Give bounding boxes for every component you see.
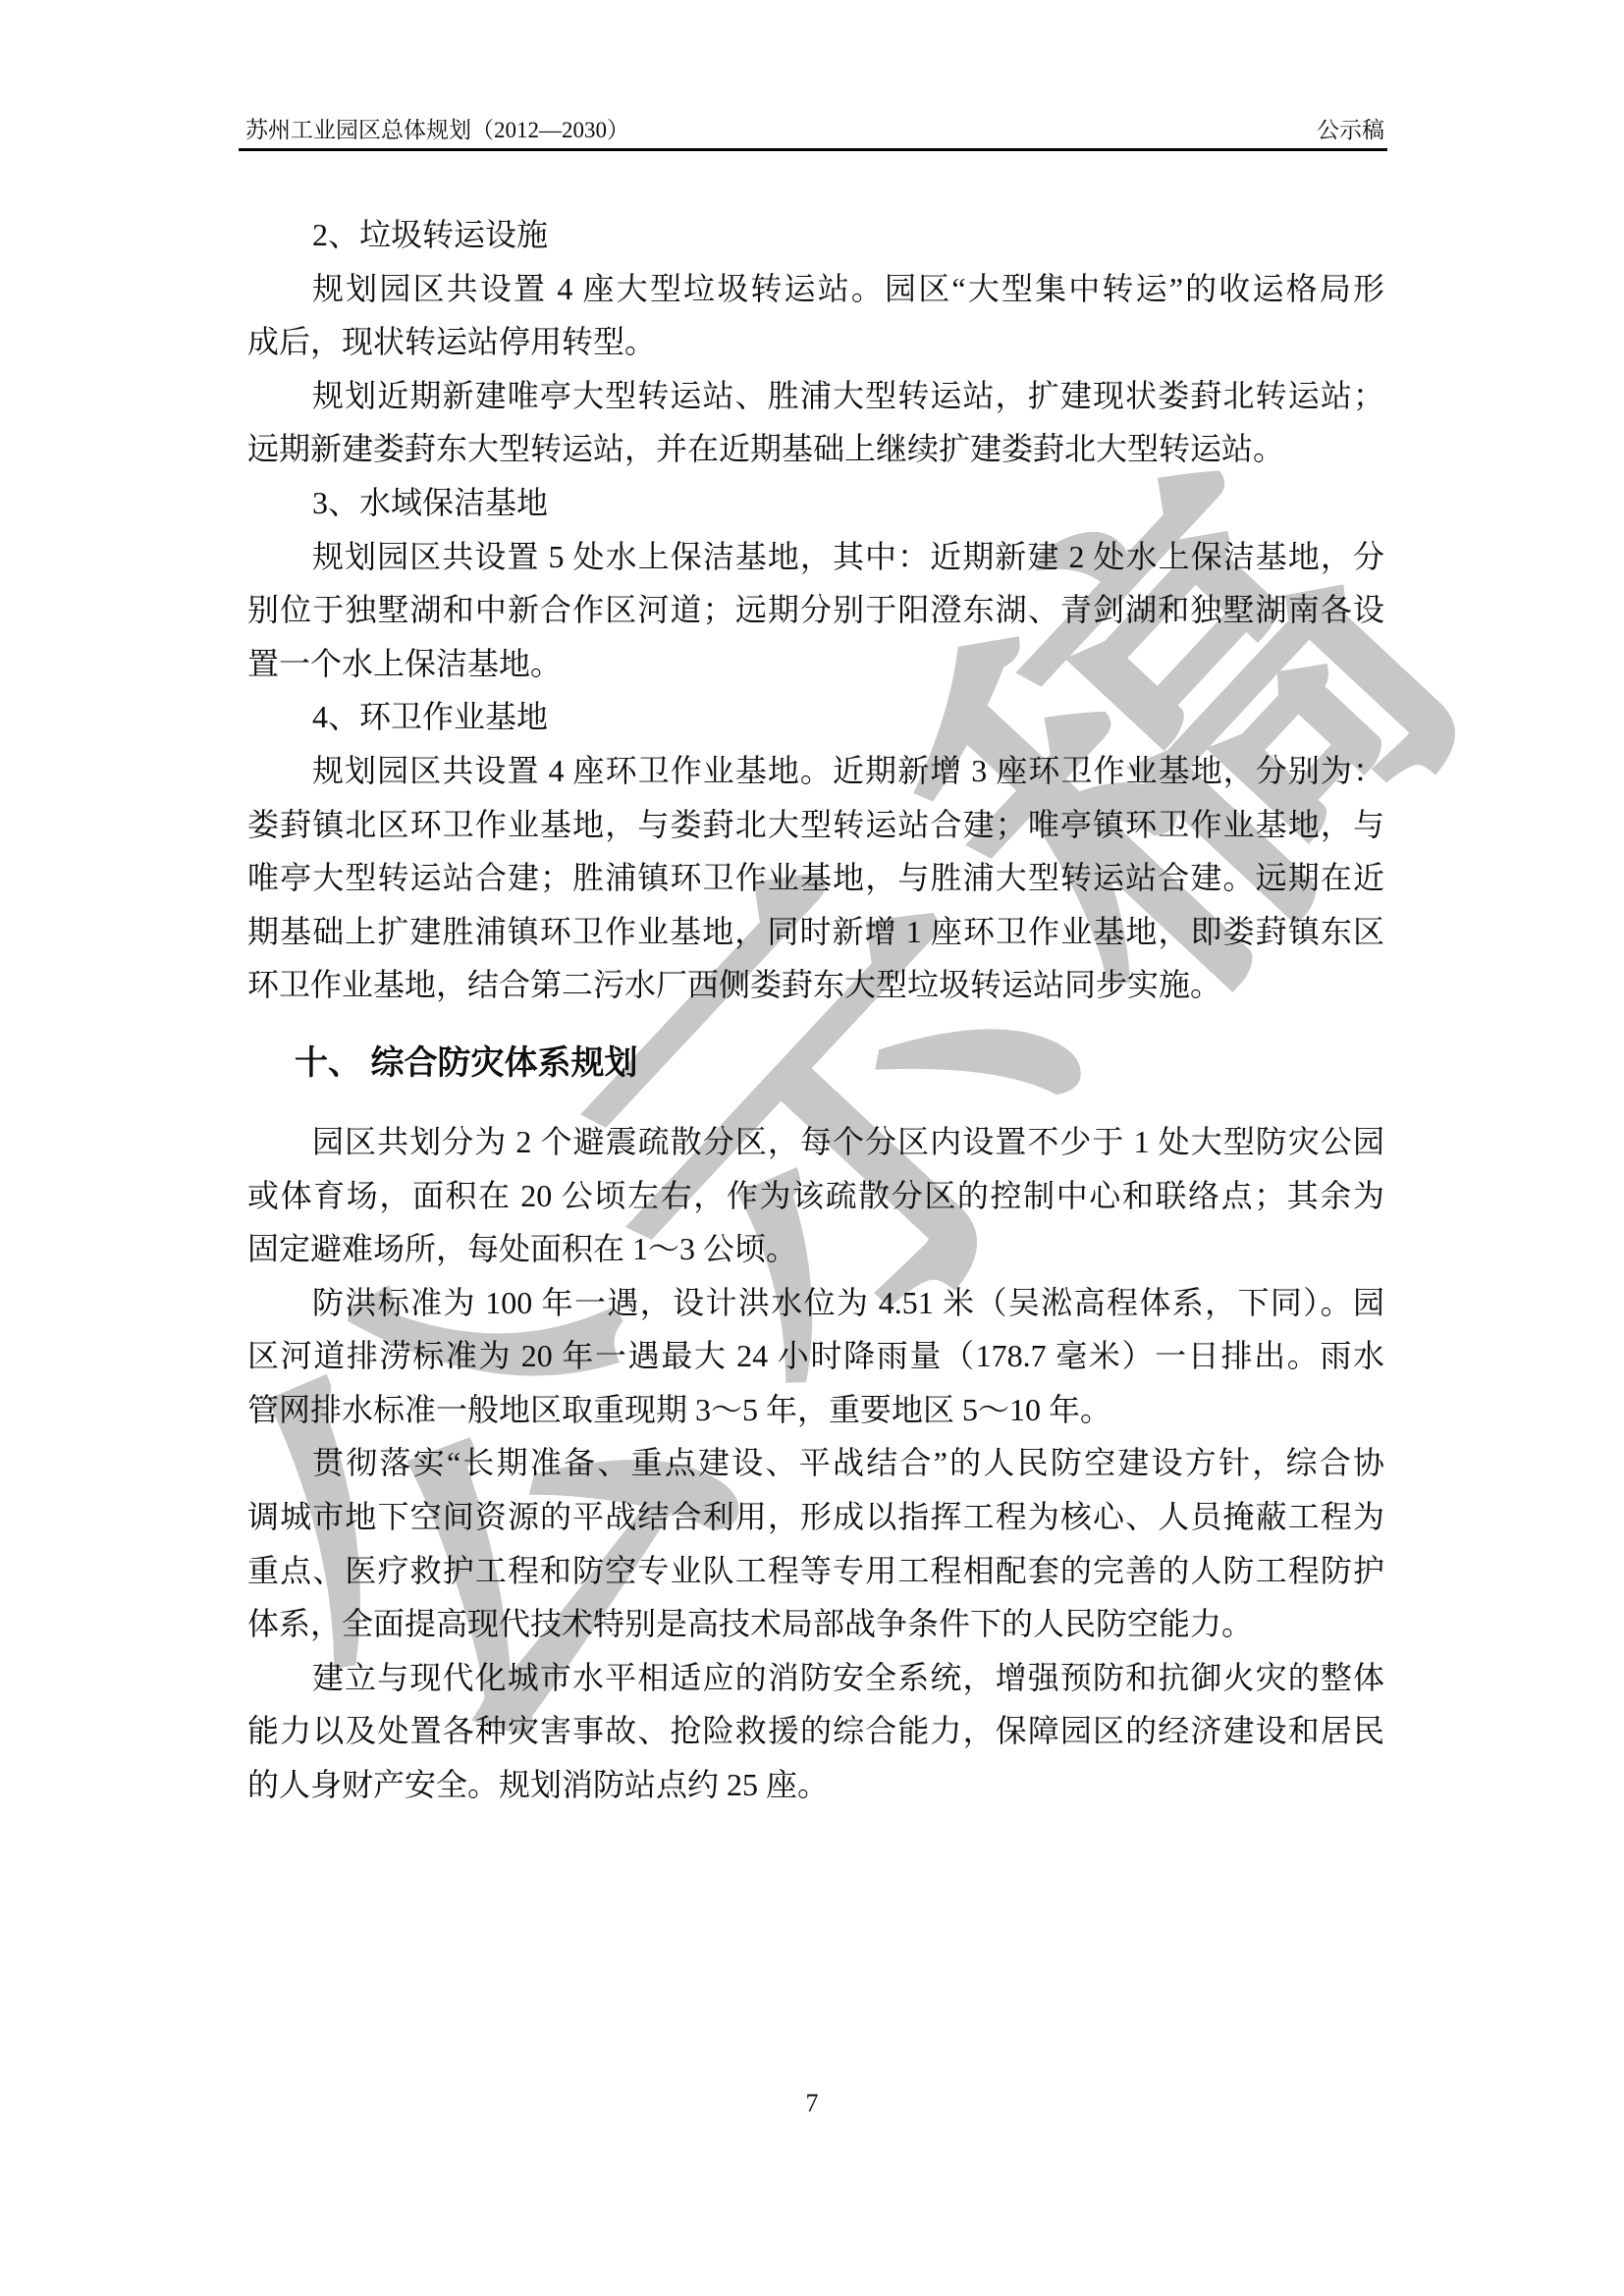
body-line: 能力以及处置各种灾害事故、抢险救援的综合能力，保障园区的经济建设和居民 <box>247 1704 1384 1758</box>
body-line: 或体育场，面积在 20 公顷左右，作为该疏散分区的控制中心和联络点；其余为 <box>247 1169 1384 1223</box>
body-line: 环卫作业基地，结合第二污水厂西侧娄葑东大型垃圾转运站同步实施。 <box>247 958 1384 1012</box>
body-line: 建立与现代化城市水平相适应的消防安全系统，增强预防和抗御火灾的整体 <box>247 1651 1384 1705</box>
body-line: 别位于独墅湖和中新合作区河道；远期分别于阳澄东湖、青剑湖和独墅湖南各设 <box>247 583 1384 637</box>
header-title: 苏州工业园区总体规划（2012—2030） <box>245 112 629 144</box>
body-line: 调城市地下空间资源的平战结合利用，形成以指挥工程为核心、人员掩蔽工程为 <box>247 1490 1384 1544</box>
body-line: 区河道排涝标准为 20 年一遇最大 24 小时降雨量（178.7 毫米）一日排出… <box>247 1329 1384 1383</box>
item-heading: 3、水域保洁基地 <box>247 476 1384 530</box>
body-line: 重点、医疗救护工程和防空专业队工程等专用工程相配套的完善的人防工程防护 <box>247 1544 1384 1598</box>
body-line: 规划园区共设置 4 座环卫作业基地。近期新增 3 座环卫作业基地，分别为： <box>247 744 1384 798</box>
body-line: 防洪标准为 100 年一遇，设计洪水位为 4.51 米（吴淞高程体系，下同）。园 <box>247 1276 1384 1330</box>
section-heading: 十、 综合防灾体系规划 <box>295 1036 1384 1091</box>
document-body: 2、垃圾转运设施 规划园区共设置 4 座大型垃圾转运站。园区“大型集中转运”的收… <box>247 208 1384 1812</box>
document-page: 公示稿 苏州工业园区总体规划（2012—2030） 公示稿 2、垃圾转运设施 规… <box>0 0 1624 2296</box>
header-divider <box>239 148 1387 151</box>
body-line: 的人身财产安全。规划消防站点约 25 座。 <box>247 1758 1384 1812</box>
body-line: 置一个水上保洁基地。 <box>247 637 1384 691</box>
body-line: 规划近期新建唯亭大型转运站、胜浦大型转运站，扩建现状娄葑北转运站； <box>247 369 1384 423</box>
body-line: 管网排水标准一般地区取重现期 3～5 年，重要地区 5～10 年。 <box>247 1383 1384 1437</box>
page-number: 7 <box>0 2089 1624 2118</box>
body-line: 规划园区共设置 5 处水上保洁基地，其中：近期新建 2 处水上保洁基地，分 <box>247 530 1384 584</box>
body-line: 期基础上扩建胜浦镇环卫作业基地，同时新增 1 座环卫作业基地，即娄葑镇东区 <box>247 905 1384 959</box>
body-line: 远期新建娄葑东大型转运站，并在近期基础上继续扩建娄葑北大型转运站。 <box>247 422 1384 476</box>
body-line: 唯亭大型转运站合建；胜浦镇环卫作业基地，与胜浦大型转运站合建。远期在近 <box>247 851 1384 905</box>
body-line: 园区共划分为 2 个避震疏散分区，每个分区内设置不少于 1 处大型防灾公园 <box>247 1115 1384 1169</box>
page-header: 苏州工业园区总体规划（2012—2030） 公示稿 <box>245 112 1384 144</box>
body-line: 固定避难场所，每处面积在 1～3 公顷。 <box>247 1222 1384 1276</box>
body-line: 体系，全面提高现代技术特别是高技术局部战争条件下的人民防空能力。 <box>247 1597 1384 1651</box>
item-heading: 2、垃圾转运设施 <box>247 208 1384 262</box>
body-line: 规划园区共设置 4 座大型垃圾转运站。园区“大型集中转运”的收运格局形 <box>247 262 1384 316</box>
body-line: 娄葑镇北区环卫作业基地，与娄葑北大型转运站合建；唯亭镇环卫作业基地，与 <box>247 798 1384 852</box>
item-heading: 4、环卫作业基地 <box>247 690 1384 744</box>
header-label: 公示稿 <box>1317 112 1384 144</box>
body-line: 贯彻落实“长期准备、重点建设、平战结合”的人民防空建设方针，综合协 <box>247 1436 1384 1490</box>
body-line: 成后，现状转运站停用转型。 <box>247 315 1384 369</box>
